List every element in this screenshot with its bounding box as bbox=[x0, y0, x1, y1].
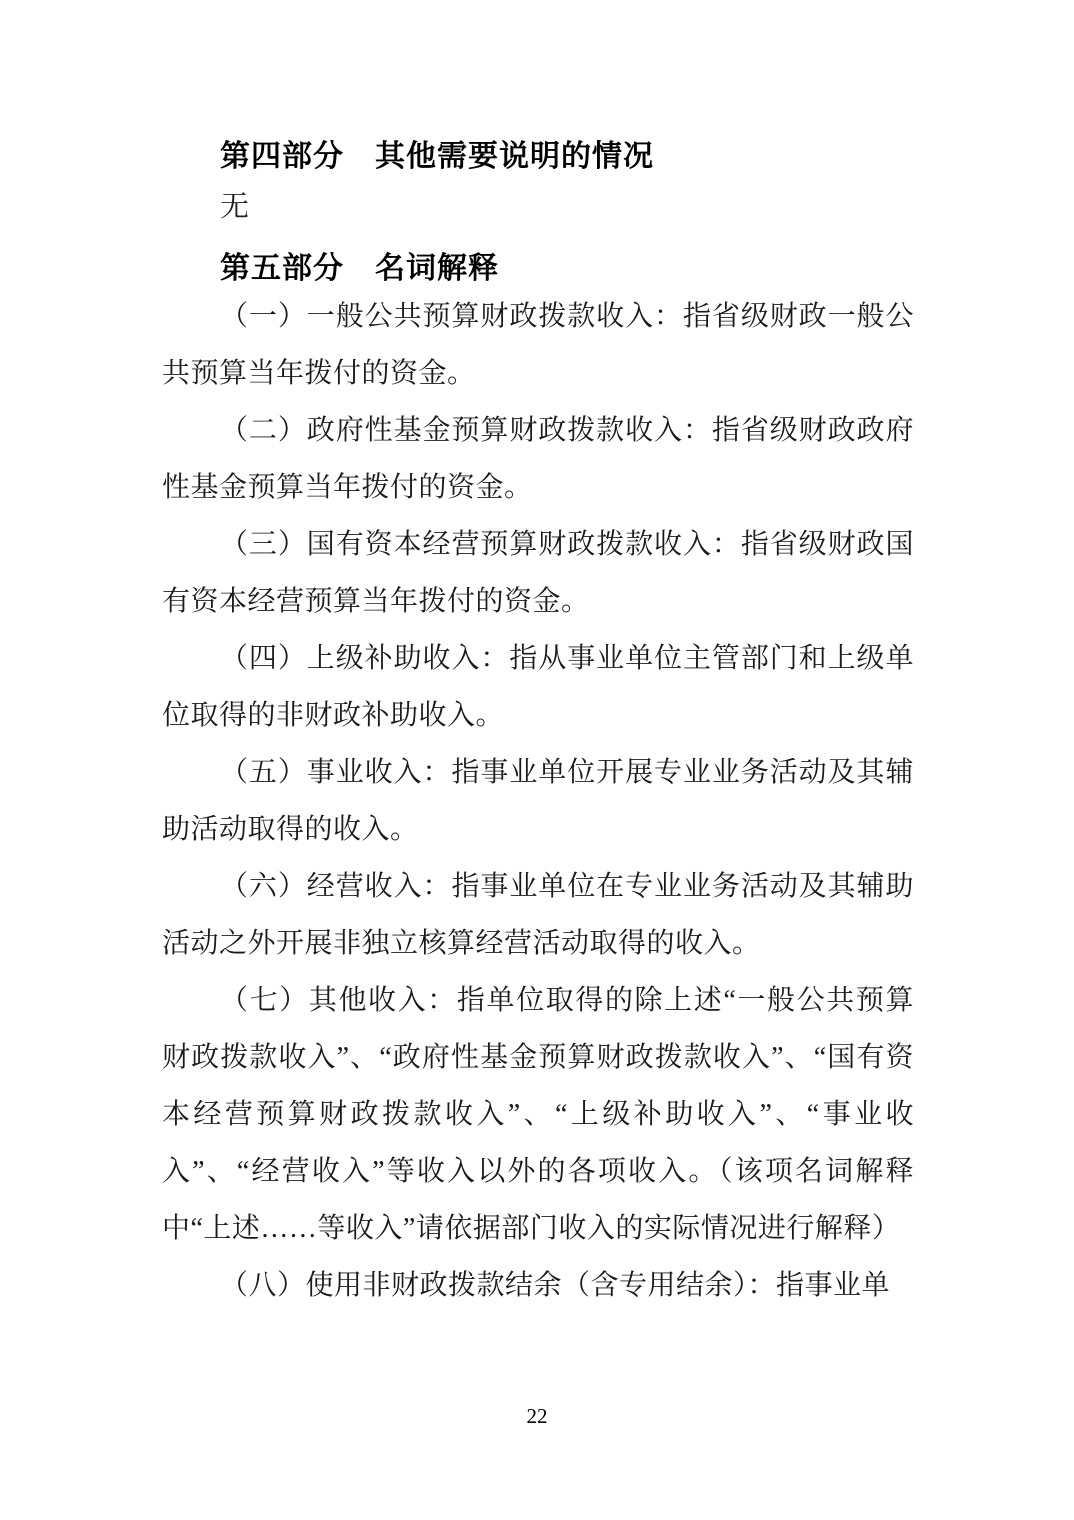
section5-heading: 第五部分 名词解释 bbox=[162, 250, 914, 288]
term-paragraph-1: （一）一般公共预算财政拨款收入：指省级财政一般公共预算当年拨付的资金。 bbox=[162, 288, 914, 402]
term-paragraph-6: （六）经营收入：指事业单位在专业业务活动及其辅助活动之外开展非独立核算经营活动取… bbox=[162, 858, 914, 972]
section4-body: 无 bbox=[162, 186, 914, 228]
term-paragraph-3: （三）国有资本经营预算财政拨款收入：指省级财政国有资本经营预算当年拨付的资金。 bbox=[162, 516, 914, 630]
document-page: 第四部分 其他需要说明的情况 无 第五部分 名词解释 （一）一般公共预算财政拨款… bbox=[0, 0, 1074, 1520]
document-content: 第四部分 其他需要说明的情况 无 第五部分 名词解释 （一）一般公共预算财政拨款… bbox=[162, 138, 914, 1314]
term-paragraph-8: （八）使用非财政拨款结余（含专用结余）：指事业单 bbox=[162, 1257, 914, 1314]
term-paragraph-4: （四）上级补助收入：指从事业单位主管部门和上级单位取得的非财政补助收入。 bbox=[162, 630, 914, 744]
page-number: 22 bbox=[0, 1404, 1074, 1429]
term-paragraph-7: （七）其他收入：指单位取得的除上述“一般公共预算财政拨款收入”、“政府性基金预算… bbox=[162, 972, 914, 1257]
section4-heading: 第四部分 其他需要说明的情况 bbox=[162, 138, 914, 176]
term-paragraph-5: （五）事业收入：指事业单位开展专业业务活动及其辅助活动取得的收入。 bbox=[162, 744, 914, 858]
term-paragraph-2: （二）政府性基金预算财政拨款收入：指省级财政政府性基金预算当年拨付的资金。 bbox=[162, 402, 914, 516]
